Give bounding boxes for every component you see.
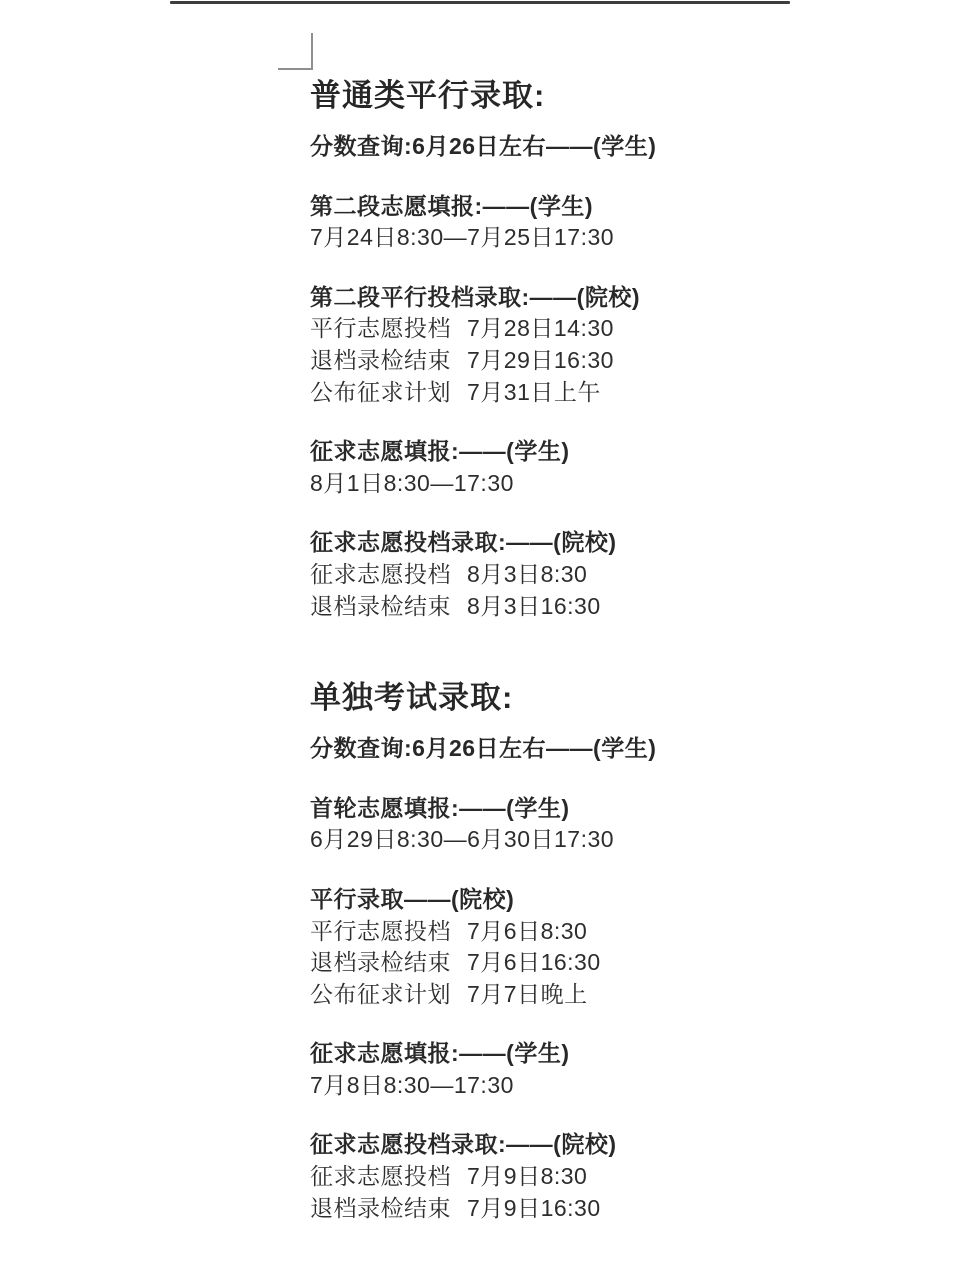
row-label: 公布征求计划 xyxy=(310,377,467,409)
row-time: 7月31日上午 xyxy=(467,377,601,409)
section-title-general-parallel: 普通类平行录取: xyxy=(310,74,870,118)
row-time: 8月3日16:30 xyxy=(467,591,601,623)
block-header: 征求志愿填报:——(学生) xyxy=(310,436,870,468)
row-time: 7月6日16:30 xyxy=(467,947,601,979)
block-header: 第二段志愿填报:——(学生) xyxy=(310,191,870,223)
score-query-block: 分数查询:6月26日左右——(学生) xyxy=(310,131,870,163)
row-label: 征求志愿投档 xyxy=(310,559,467,591)
schedule-row: 平行志愿投档 7月6日8:30 xyxy=(310,916,870,948)
second-stage-application-block: 第二段志愿填报:——(学生) 7月24日8:30—7月25日17:30 xyxy=(310,191,870,254)
row-label: 平行志愿投档 xyxy=(310,313,467,345)
block-header: 征求志愿填报:——(学生) xyxy=(310,1038,870,1070)
block-time: 8月1日8:30—17:30 xyxy=(310,468,870,500)
block-header: 征求志愿投档录取:——(院校) xyxy=(310,1129,870,1161)
parallel-admission-block: 平行录取——(院校) 平行志愿投档 7月6日8:30 退档录检结束 7月6日16… xyxy=(310,884,870,1010)
supplementary-application-block: 征求志愿填报:——(学生) 7月8日8:30—17:30 xyxy=(310,1038,870,1101)
block-time: 6月29日8:30—6月30日17:30 xyxy=(310,824,870,856)
section-title-separate-exam: 单独考试录取: xyxy=(310,676,870,720)
schedule-row: 退档录检结束 7月29日16:30 xyxy=(310,345,870,377)
row-label: 公布征求计划 xyxy=(310,979,467,1011)
schedule-row: 退档录检结束 8月3日16:30 xyxy=(310,591,870,623)
score-query-line: 分数查询:6月26日左右——(学生) xyxy=(310,733,870,765)
row-time: 7月29日16:30 xyxy=(467,345,614,377)
block-header: 平行录取——(院校) xyxy=(310,884,870,916)
block-header: 第二段平行投档录取:——(院校) xyxy=(310,282,870,314)
corner-mark-horizontal xyxy=(278,68,313,70)
supplementary-admission-block: 征求志愿投档录取:——(院校) 征求志愿投档 7月9日8:30 退档录检结束 7… xyxy=(310,1129,870,1224)
row-label: 退档录检结束 xyxy=(310,1193,467,1225)
row-label: 退档录检结束 xyxy=(310,345,467,377)
row-time: 7月6日8:30 xyxy=(467,916,587,948)
schedule-row: 公布征求计划 7月7日晚上 xyxy=(310,979,870,1011)
row-label: 退档录检结束 xyxy=(310,591,467,623)
schedule-row: 退档录检结束 7月6日16:30 xyxy=(310,947,870,979)
block-time: 7月24日8:30—7月25日17:30 xyxy=(310,222,870,254)
schedule-row: 公布征求计划 7月31日上午 xyxy=(310,377,870,409)
block-header: 征求志愿投档录取:——(院校) xyxy=(310,527,870,559)
block-header: 首轮志愿填报:——(学生) xyxy=(310,793,870,825)
supplementary-application-block: 征求志愿填报:——(学生) 8月1日8:30—17:30 xyxy=(310,436,870,499)
block-time: 7月8日8:30—17:30 xyxy=(310,1070,870,1102)
first-round-application-block: 首轮志愿填报:——(学生) 6月29日8:30—6月30日17:30 xyxy=(310,793,870,856)
row-time: 7月9日8:30 xyxy=(467,1161,587,1193)
row-time: 7月9日16:30 xyxy=(467,1193,601,1225)
row-label: 征求志愿投档 xyxy=(310,1161,467,1193)
score-query-block: 分数查询:6月26日左右——(学生) xyxy=(310,733,870,765)
row-time: 8月3日8:30 xyxy=(467,559,587,591)
top-border-line xyxy=(170,1,790,4)
supplementary-admission-block: 征求志愿投档录取:——(院校) 征求志愿投档 8月3日8:30 退档录检结束 8… xyxy=(310,527,870,622)
schedule-content: 普通类平行录取: 分数查询:6月26日左右——(学生) 第二段志愿填报:——(学… xyxy=(310,74,870,1252)
row-label: 退档录检结束 xyxy=(310,947,467,979)
schedule-row: 征求志愿投档 8月3日8:30 xyxy=(310,559,870,591)
row-label: 平行志愿投档 xyxy=(310,916,467,948)
score-query-line: 分数查询:6月26日左右——(学生) xyxy=(310,131,870,163)
schedule-row: 征求志愿投档 7月9日8:30 xyxy=(310,1161,870,1193)
document-page: 普通类平行录取: 分数查询:6月26日左右——(学生) 第二段志愿填报:——(学… xyxy=(0,0,960,1280)
schedule-row: 平行志愿投档 7月28日14:30 xyxy=(310,313,870,345)
row-time: 7月7日晚上 xyxy=(467,979,588,1011)
second-stage-admission-block: 第二段平行投档录取:——(院校) 平行志愿投档 7月28日14:30 退档录检结… xyxy=(310,282,870,408)
row-time: 7月28日14:30 xyxy=(467,313,614,345)
schedule-row: 退档录检结束 7月9日16:30 xyxy=(310,1193,870,1225)
corner-mark-vertical xyxy=(311,33,313,70)
